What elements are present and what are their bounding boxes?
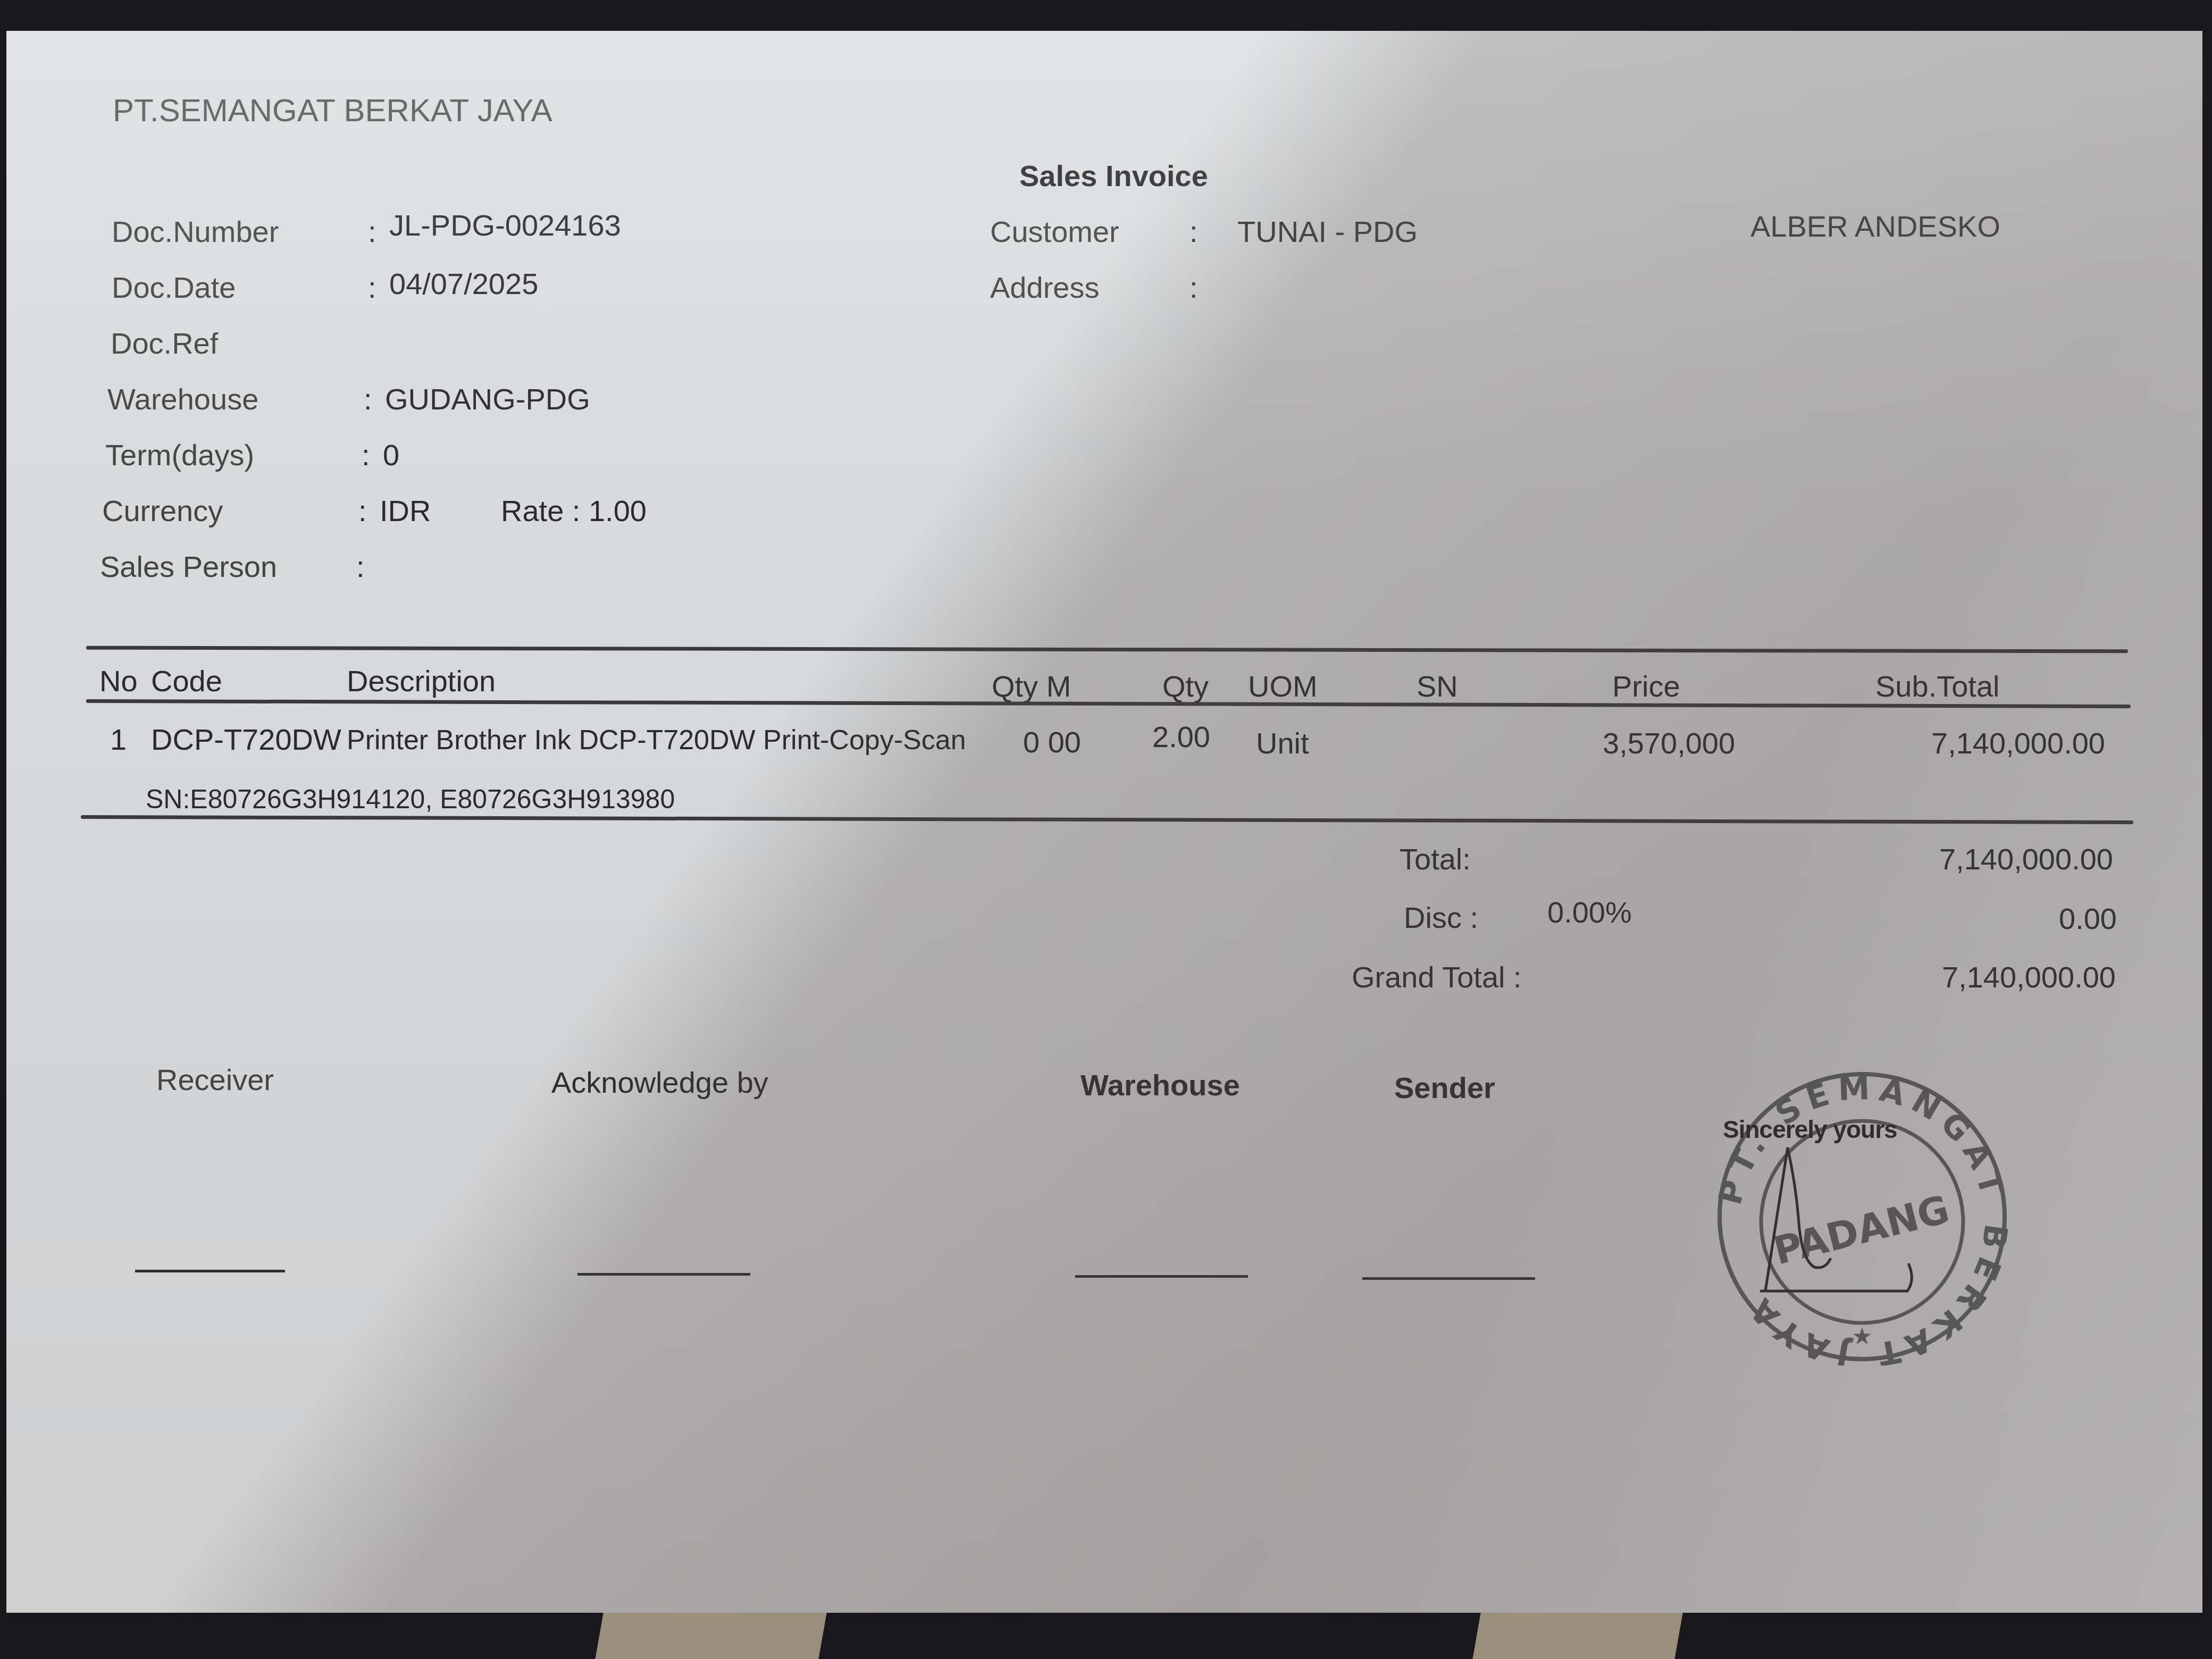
table-bottom-rule (81, 815, 2133, 824)
grand-total-value: 7,140,000.00 (1942, 962, 2116, 992)
doc-number-value: JL-PDG-0024163 (389, 211, 621, 240)
signature-acknowledge-label: Acknowledge by (551, 1068, 768, 1097)
grand-total-label: Grand Total : (1352, 962, 1522, 992)
col-subtotal: Sub.Total (1875, 672, 2000, 701)
customer-sep: : (1189, 217, 1198, 247)
warehouse-label: Warehouse (107, 384, 258, 414)
col-qty-m: Qty M (992, 672, 1071, 701)
signature-receiver-label: Receiver (156, 1065, 274, 1095)
col-price: Price (1612, 672, 1680, 701)
closing-text: Sincerely yours (1723, 1117, 1897, 1142)
col-description: Description (347, 666, 496, 696)
signature-sender-line (1362, 1277, 1535, 1280)
col-sn: SN (1417, 672, 1458, 701)
col-code: Code (151, 666, 222, 696)
document-title: Sales Invoice (1019, 161, 1208, 191)
currency-sep: : (358, 496, 367, 526)
rate-value: Rate : 1.00 (501, 496, 647, 526)
disc-percent: 0.00% (1547, 898, 1632, 927)
signature-warehouse-label: Warehouse (1080, 1070, 1240, 1100)
row-qty: 2.00 (1152, 722, 1210, 752)
address-label: Address (990, 273, 1099, 303)
doc-number-label: Doc.Number (112, 217, 279, 247)
row-description: Printer Brother Ink DCP-T720DW Print-Cop… (347, 726, 966, 754)
company-stamp: PT. SEMANGAT BERKAT JAYA PADANG ★ (1703, 1057, 2022, 1365)
table-header-rule (86, 699, 2131, 708)
total-value: 7,140,000.00 (1939, 844, 2113, 874)
total-label: Total: (1400, 844, 1471, 874)
doc-date-value: 04/07/2025 (389, 269, 538, 299)
row-uom: Unit (1256, 728, 1309, 758)
signature-receiver-line (135, 1270, 285, 1272)
signature-acknowledge-line (577, 1273, 750, 1276)
doc-date-sep: : (368, 273, 376, 303)
row-price: 3,570,000 (1603, 728, 1735, 758)
company-name: PT.SEMANGAT BERKAT JAYA (113, 95, 552, 127)
row-subtotal: 7,140,000.00 (1931, 728, 2105, 758)
row-code: DCP-T720DW (151, 725, 341, 755)
signature-sender-label: Sender (1394, 1073, 1495, 1103)
doc-number-sep: : (368, 217, 376, 247)
doc-date-label: Doc.Date (112, 273, 236, 303)
term-label: Term(days) (105, 440, 254, 470)
warehouse-sep: : (364, 384, 372, 414)
term-value: 0 (383, 440, 399, 470)
term-sep: : (362, 440, 370, 470)
col-no: No (99, 666, 138, 696)
address-sep: : (1189, 273, 1198, 303)
row-no: 1 (110, 725, 127, 755)
customer-label: Customer (990, 217, 1119, 247)
table-top-rule (86, 646, 2128, 653)
row-serial-numbers: SN:E80726G3H914120, E80726G3H913980 (146, 786, 675, 812)
col-uom: UOM (1248, 672, 1318, 701)
currency-label: Currency (102, 496, 223, 526)
invoice-paper: PT.SEMANGAT BERKAT JAYA Sales Invoice Do… (6, 31, 2202, 1613)
disc-value: 0.00 (2059, 904, 2117, 934)
stamp-star-icon: ★ (1851, 1323, 1872, 1350)
col-qty: Qty (1162, 672, 1209, 701)
currency-value: IDR (380, 496, 431, 526)
disc-label: Disc : (1404, 903, 1478, 933)
sales-person-sep: : (356, 552, 365, 582)
sales-person-label: Sales Person (100, 552, 277, 582)
row-qty-m: 0 00 (1023, 727, 1081, 757)
doc-ref-label: Doc.Ref (111, 329, 218, 358)
customer-name: ALBER ANDESKO (1750, 212, 2000, 241)
customer-value: TUNAI - PDG (1237, 217, 1418, 247)
signature-warehouse-line (1075, 1275, 1248, 1278)
warehouse-value: GUDANG-PDG (385, 384, 590, 414)
